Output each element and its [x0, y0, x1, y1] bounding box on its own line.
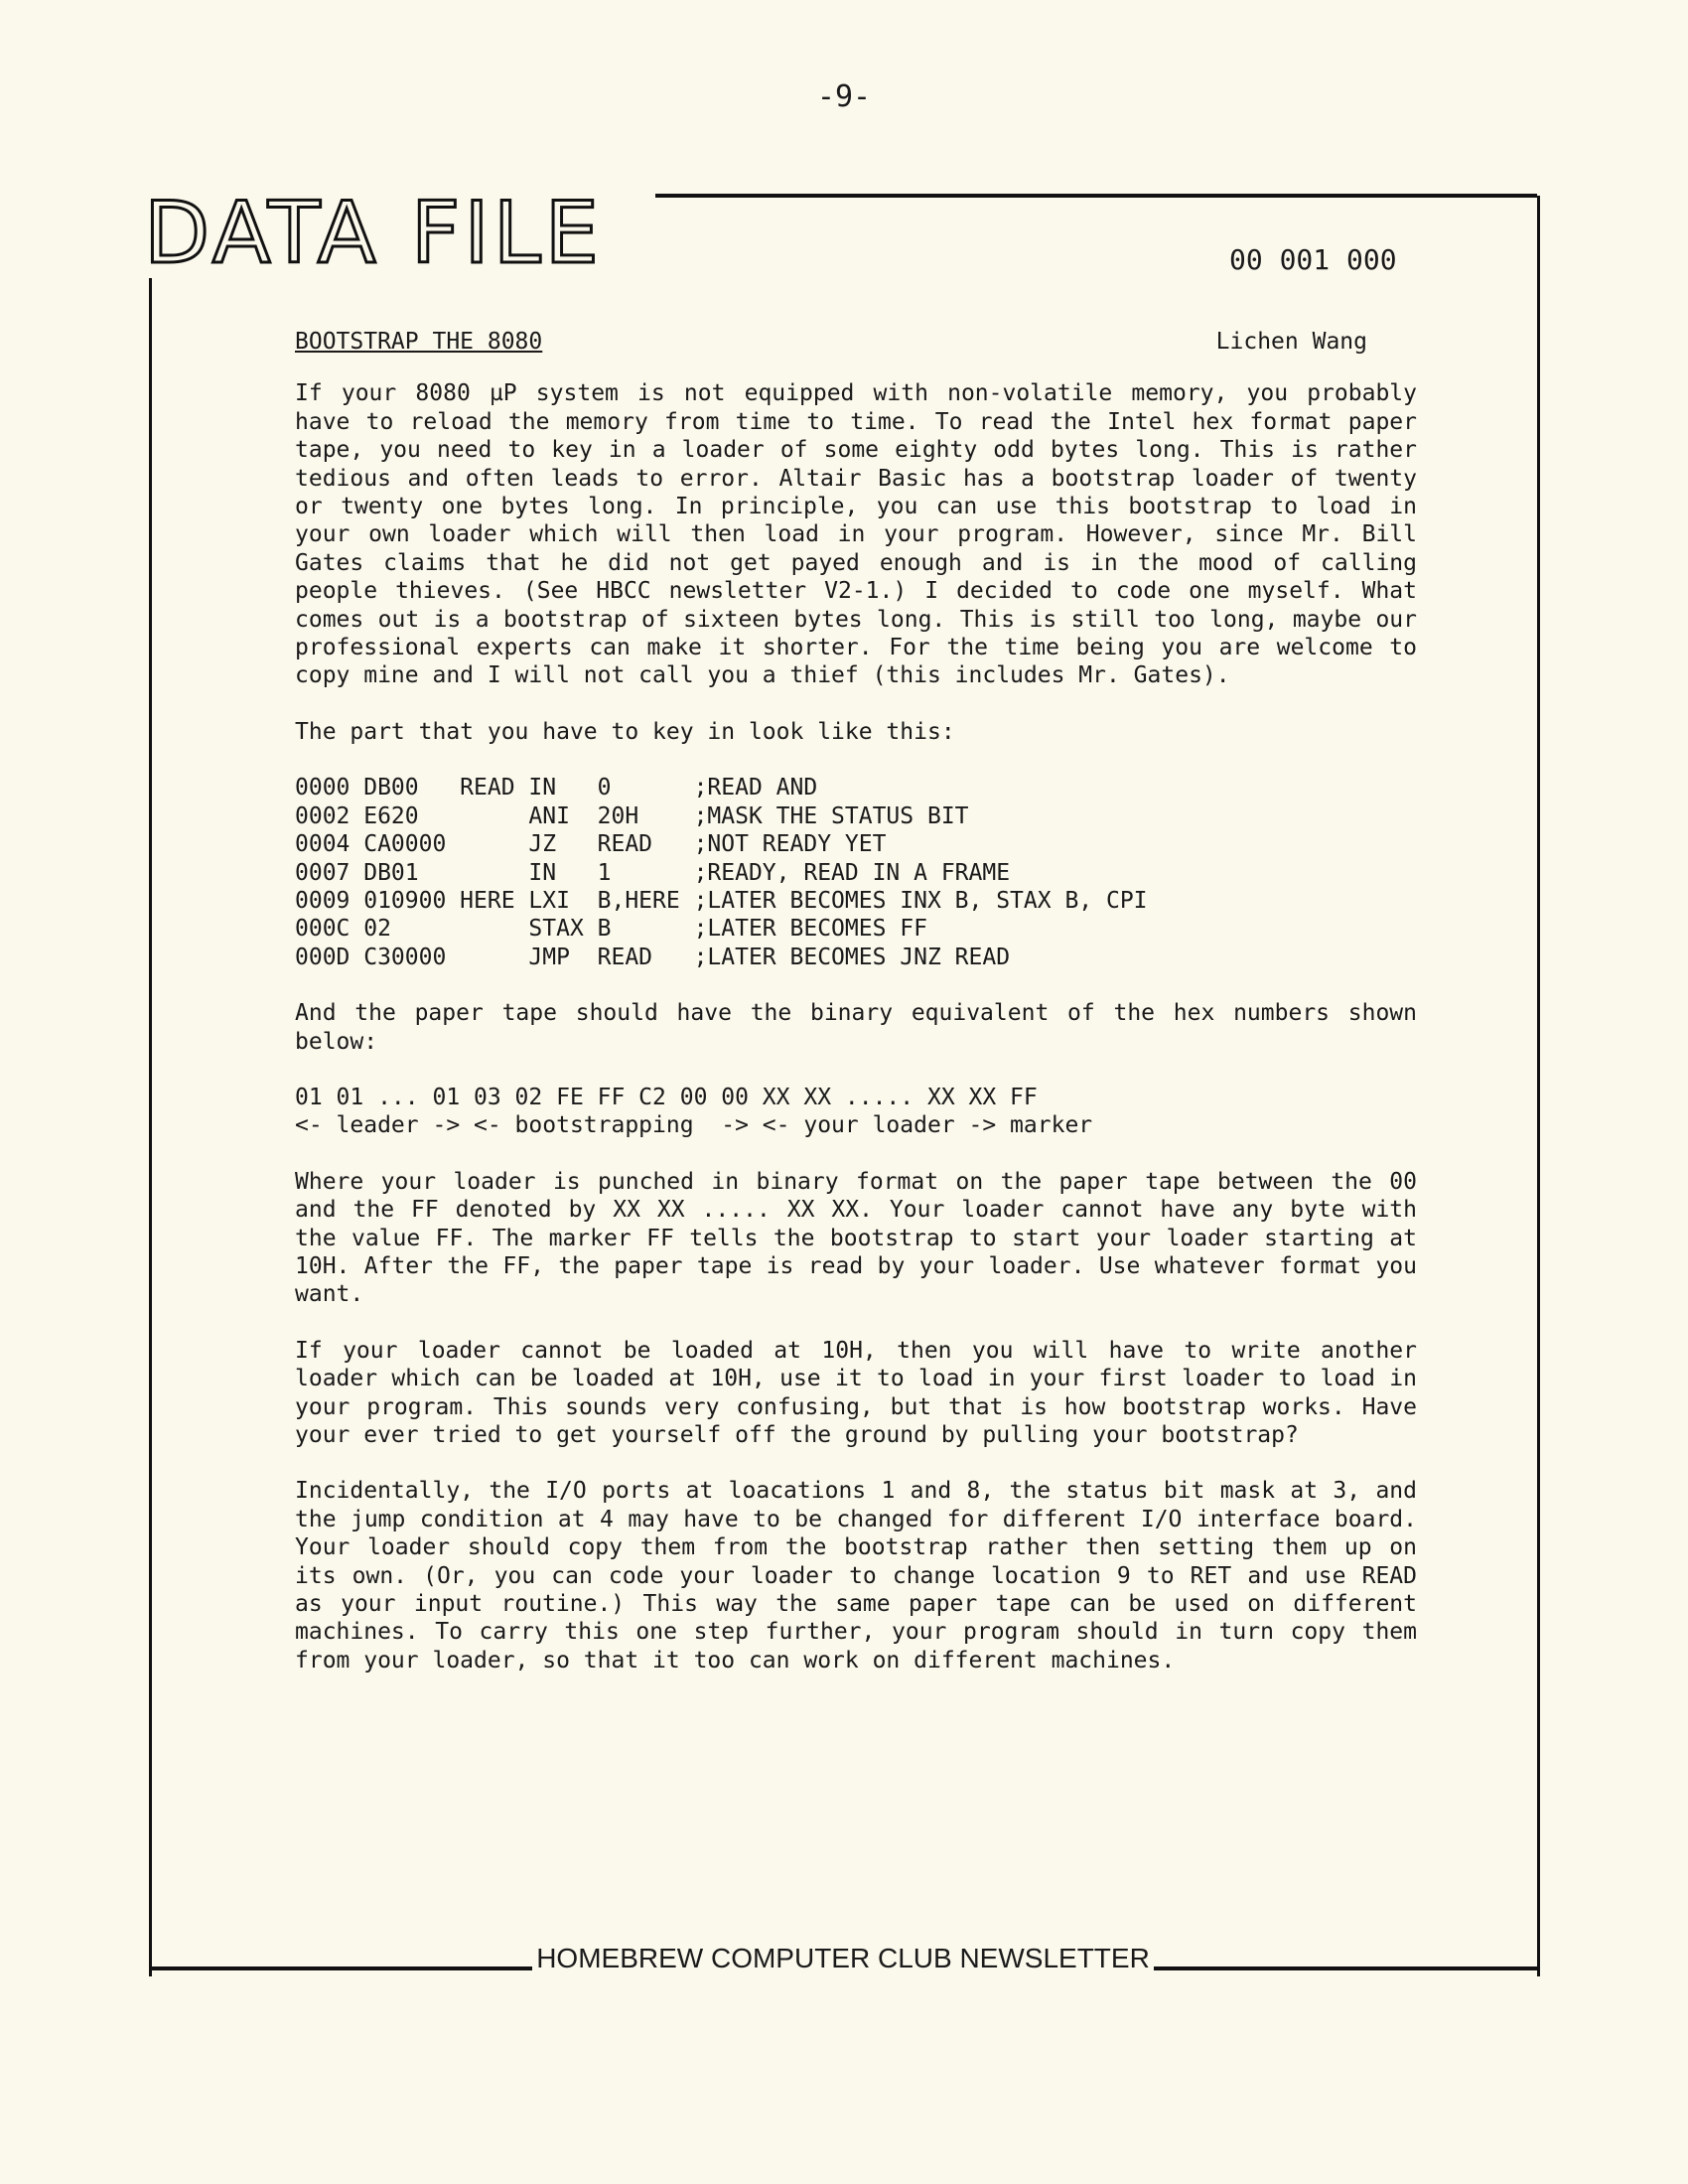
article-author: Lichen Wang	[1216, 328, 1367, 356]
data-file-logo: DATA FILE	[144, 189, 609, 278]
article-title: BOOTSTRAP THE 8080	[295, 328, 542, 356]
frame-top-rule	[655, 194, 1537, 198]
file-code: 00 001 000	[1229, 243, 1397, 276]
newsletter-footer: HOMEBREW COMPUTER CLUB NEWSLETTER	[149, 1943, 1537, 1974]
footer-title: HOMEBREW COMPUTER CLUB NEWSLETTER	[532, 1943, 1154, 1974]
tape-listing: 01 01 ... 01 03 02 FE FF C2 00 00 XX XX …	[295, 1084, 1417, 1140]
paragraph-intro: If your 8080 µP system is not equipped w…	[295, 379, 1417, 689]
article-header: BOOTSTRAP THE 8080 Lichen Wang	[295, 328, 1417, 356]
footer-rule-left	[149, 1966, 532, 1970]
paragraph-tape: And the paper tape should have the binar…	[295, 999, 1417, 1056]
paragraph-key-in: The part that you have to key in look li…	[295, 718, 1417, 746]
footer-rule-right	[1154, 1966, 1537, 1970]
article-body: BOOTSTRAP THE 8080 Lichen Wang If your 8…	[295, 328, 1417, 1702]
paragraph-10h: If your loader cannot be loaded at 10H, …	[295, 1337, 1417, 1450]
code-listing: 0000 DB00 READ IN 0 ;READ AND 0002 E620 …	[295, 774, 1417, 971]
paragraph-io-ports: Incidentally, the I/O ports at loacation…	[295, 1477, 1417, 1674]
paragraph-loader: Where your loader is punched in binary f…	[295, 1168, 1417, 1309]
page-number: -9-	[0, 79, 1688, 114]
